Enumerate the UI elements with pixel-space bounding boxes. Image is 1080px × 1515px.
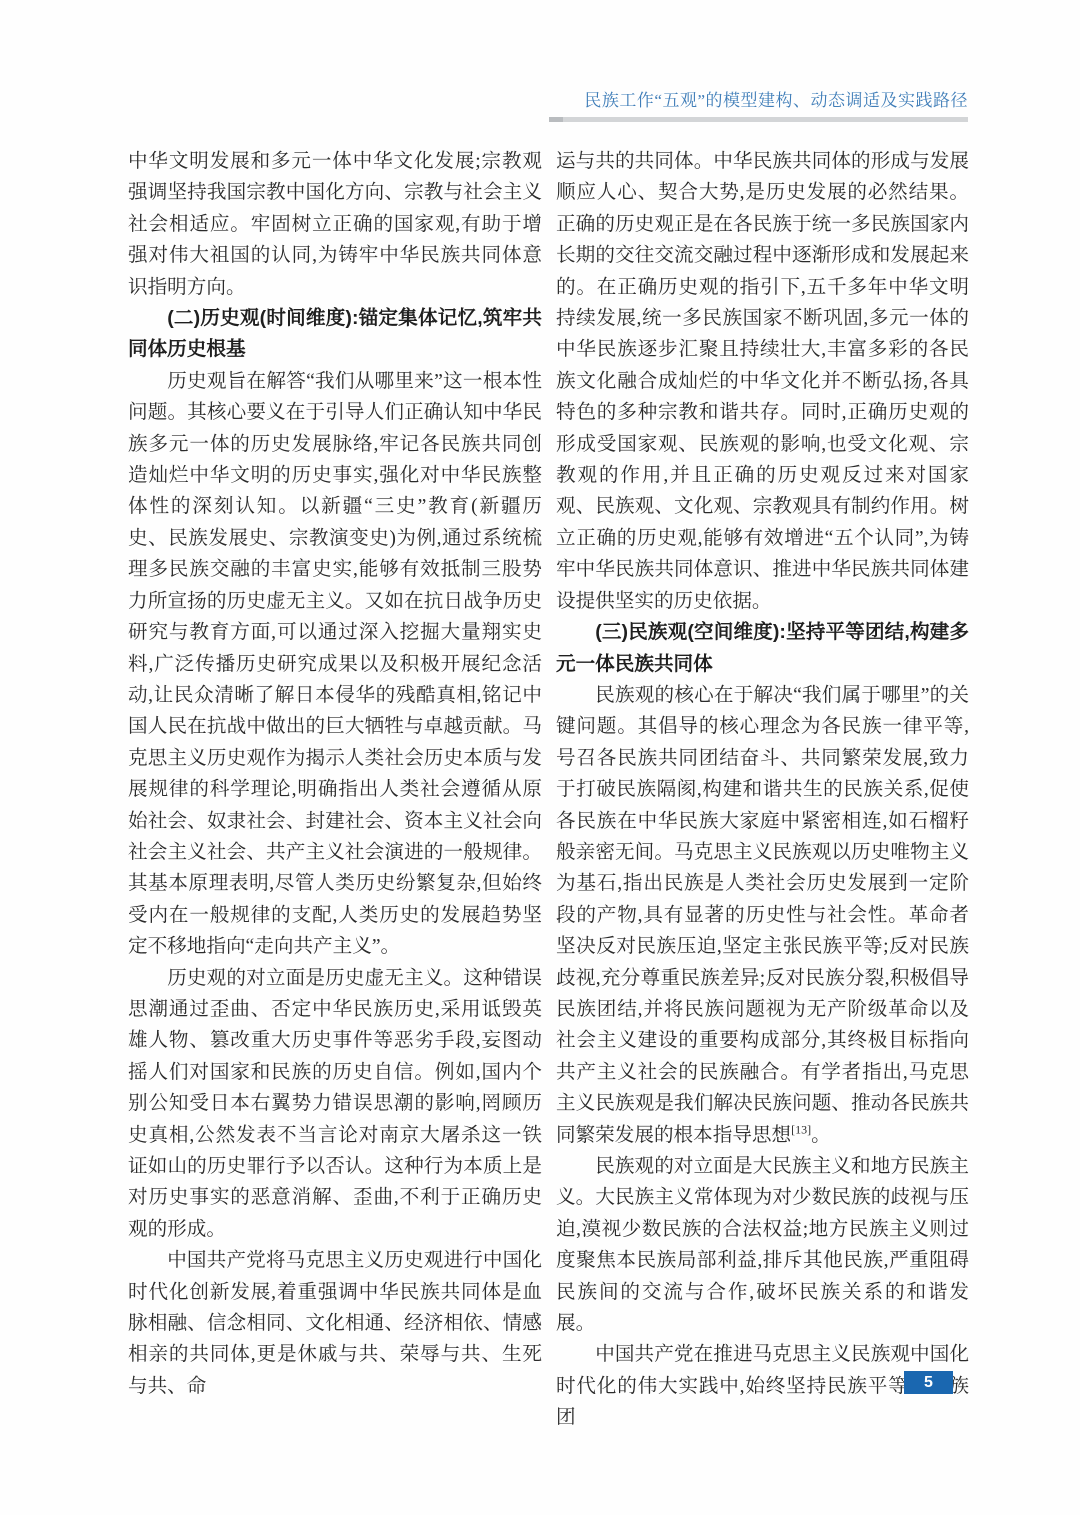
paragraph: 中国共产党将马克思主义历史观进行中国化时代化创新发展,着重强调中华民族共同体是血… [128, 1245, 542, 1402]
right-column: 运与共的共同体。中华民族共同体的形成与发展顺应人心、契合大势,是历史发展的必然结… [556, 146, 969, 1434]
running-header-title: 民族工作“五观”的模型建构、动态调适及实践路径 [0, 86, 968, 111]
page-number-badge: 5 [904, 1371, 953, 1394]
paragraph-text: 民族观的核心在于解决“我们属于哪里”的关键问题。其倡导的核心理念为各民族一律平等… [556, 685, 969, 1146]
paragraph-continued: 运与共的共同体。中华民族共同体的形成与发展顺应人心、契合大势,是历史发展的必然结… [556, 146, 969, 617]
paragraph: 历史观的对立面是历史虚无主义。这种错误思潮通过歪曲、否定中华民族历史,采用诋毁英… [128, 963, 542, 1246]
header-rule [549, 117, 968, 122]
document-page: 民族工作“五观”的模型建构、动态调适及实践路径 中华文明发展和多元一体中华文化发… [0, 0, 1080, 1515]
paragraph-continued: 中华文明发展和多元一体中华文化发展;宗教观强调坚持我国宗教中国化方向、宗教与社会… [128, 146, 542, 303]
section-heading-history-view: (二)历史观(时间维度):锚定集体记忆,筑牢共同体历史根基 [128, 303, 542, 366]
paragraph: 民族观的核心在于解决“我们属于哪里”的关键问题。其倡导的核心理念为各民族一律平等… [556, 680, 969, 1151]
paragraph: 历史观旨在解答“我们从哪里来”这一根本性问题。其核心要义在于引导人们正确认知中华… [128, 366, 542, 963]
section-heading-nation-view: (三)民族观(空间维度):坚持平等团结,构建多元一体民族共同体 [556, 617, 969, 680]
footnote-ref: [13] [791, 1122, 811, 1136]
paragraph: 民族观的对立面是大民族主义和地方民族主义。大民族主义常体现为对少数民族的歧视与压… [556, 1151, 969, 1339]
left-column: 中华文明发展和多元一体中华文化发展;宗教观强调坚持我国宗教中国化方向、宗教与社会… [128, 146, 542, 1402]
paragraph-text: 。 [811, 1125, 831, 1146]
